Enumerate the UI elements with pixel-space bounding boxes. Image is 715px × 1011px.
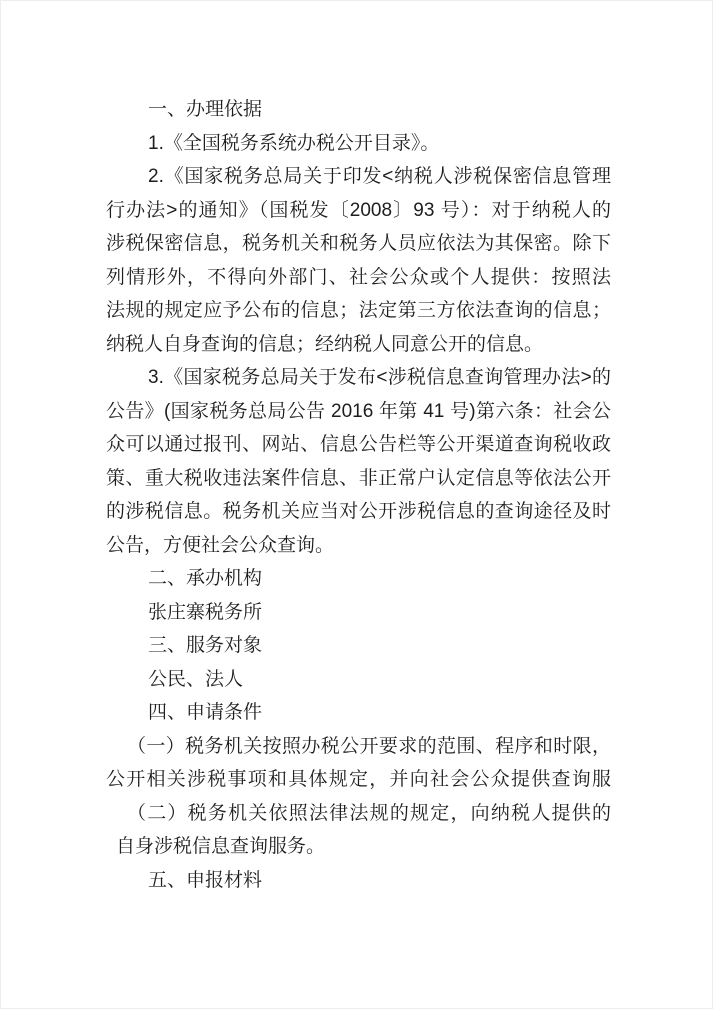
legal-basis-item-1: 1.《全国税务系统办税公开目录》。 [106,127,611,161]
section-heading-4: 四、申请条件 [106,696,611,730]
legal-basis-item-3-line: 公告》(国家税务总局公告 2016 年第 41 号)第六条：社会公 [106,395,611,429]
legal-basis-item-2-line: 纳税人自身查询的信息；经纳税人同意公开的信息。 [106,328,611,362]
document-body: 一、办理依据 1.《全国税务系统办税公开目录》。 2.《国家税务总局关于印发<纳… [106,93,611,897]
section-heading-2: 二、承办机构 [106,562,611,596]
section-heading-3: 三、服务对象 [106,629,611,663]
legal-basis-item-2-line: 行办法>的通知》（国税发〔2008〕93 号）：对于纳税人的 [106,194,611,228]
condition-item-1-line: （一）税务机关按照办税公开要求的范围、程序和时限， [106,730,611,764]
section-heading-1: 一、办理依据 [106,93,611,127]
legal-basis-item-2-line: 法规的规定应予公布的信息；法定第三方依法查询的信息； [106,294,611,328]
agency-name: 张庄寨税务所 [106,596,611,630]
legal-basis-item-2-line: 涉税保密信息，税务机关和税务人员应依法为其保密。除下 [106,227,611,261]
legal-basis-item-3-line: 公告，方便社会公众查询。 [106,529,611,563]
document-page: 一、办理依据 1.《全国税务系统办税公开目录》。 2.《国家税务总局关于印发<纳… [0,0,713,1009]
condition-item-1-line: 公开相关涉税事项和具体规定，并向社会公众提供查询服务。 [106,763,611,797]
legal-basis-item-3-line: 的涉税信息。税务机关应当对公开涉税信息的查询途径及时 [106,495,611,529]
legal-basis-item-2-line: 2.《国家税务总局关于印发<纳税人涉税保密信息管理暂 [106,160,611,194]
section-heading-5: 五、申报材料 [106,864,611,898]
legal-basis-item-3-line: 3.《国家税务总局关于发布<涉税信息查询管理办法>的 [106,361,611,395]
service-targets: 公民、法人 [106,663,611,697]
legal-basis-item-3-line: 众可以通过报刊、网站、信息公告栏等公开渠道查询税收政 [106,428,611,462]
condition-item-2-line: 自身涉税信息查询服务。 [106,830,611,864]
legal-basis-item-2-line: 列情形外，不得向外部门、社会公众或个人提供：按照法律、 [106,261,611,295]
legal-basis-item-3-line: 策、重大税收违法案件信息、非正常户认定信息等依法公开 [106,462,611,496]
condition-item-2-line: （二）税务机关依照法律法规的规定，向纳税人提供的 [106,797,611,831]
